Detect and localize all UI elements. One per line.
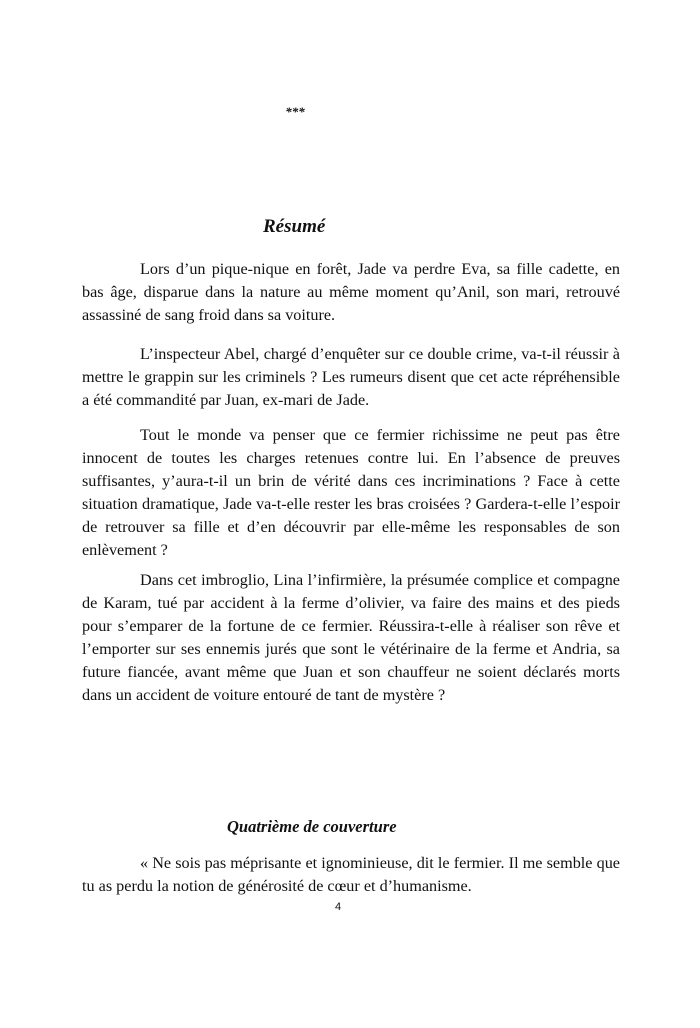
resume-paragraph-3: Tout le monde va penser que ce fermier r… [82, 424, 620, 562]
resume-paragraph-2: L’inspecteur Abel, chargé d’enquêter sur… [82, 343, 620, 412]
resume-paragraph-4: Dans cet imbroglio, Lina l’infirmière, l… [82, 569, 620, 707]
section-title-quatrieme: Quatrième de couverture [227, 817, 397, 837]
section-title-resume: Résumé [263, 216, 325, 238]
quatrieme-paragraph-1: « Ne sois pas méprisante et ignominieuse… [82, 852, 620, 898]
separator-stars: *** [0, 104, 590, 120]
resume-paragraph-1: Lors d’un pique-nique en forêt, Jade va … [82, 258, 620, 327]
page-number-text: 4 [335, 901, 341, 913]
page-number: 4 [0, 901, 700, 913]
